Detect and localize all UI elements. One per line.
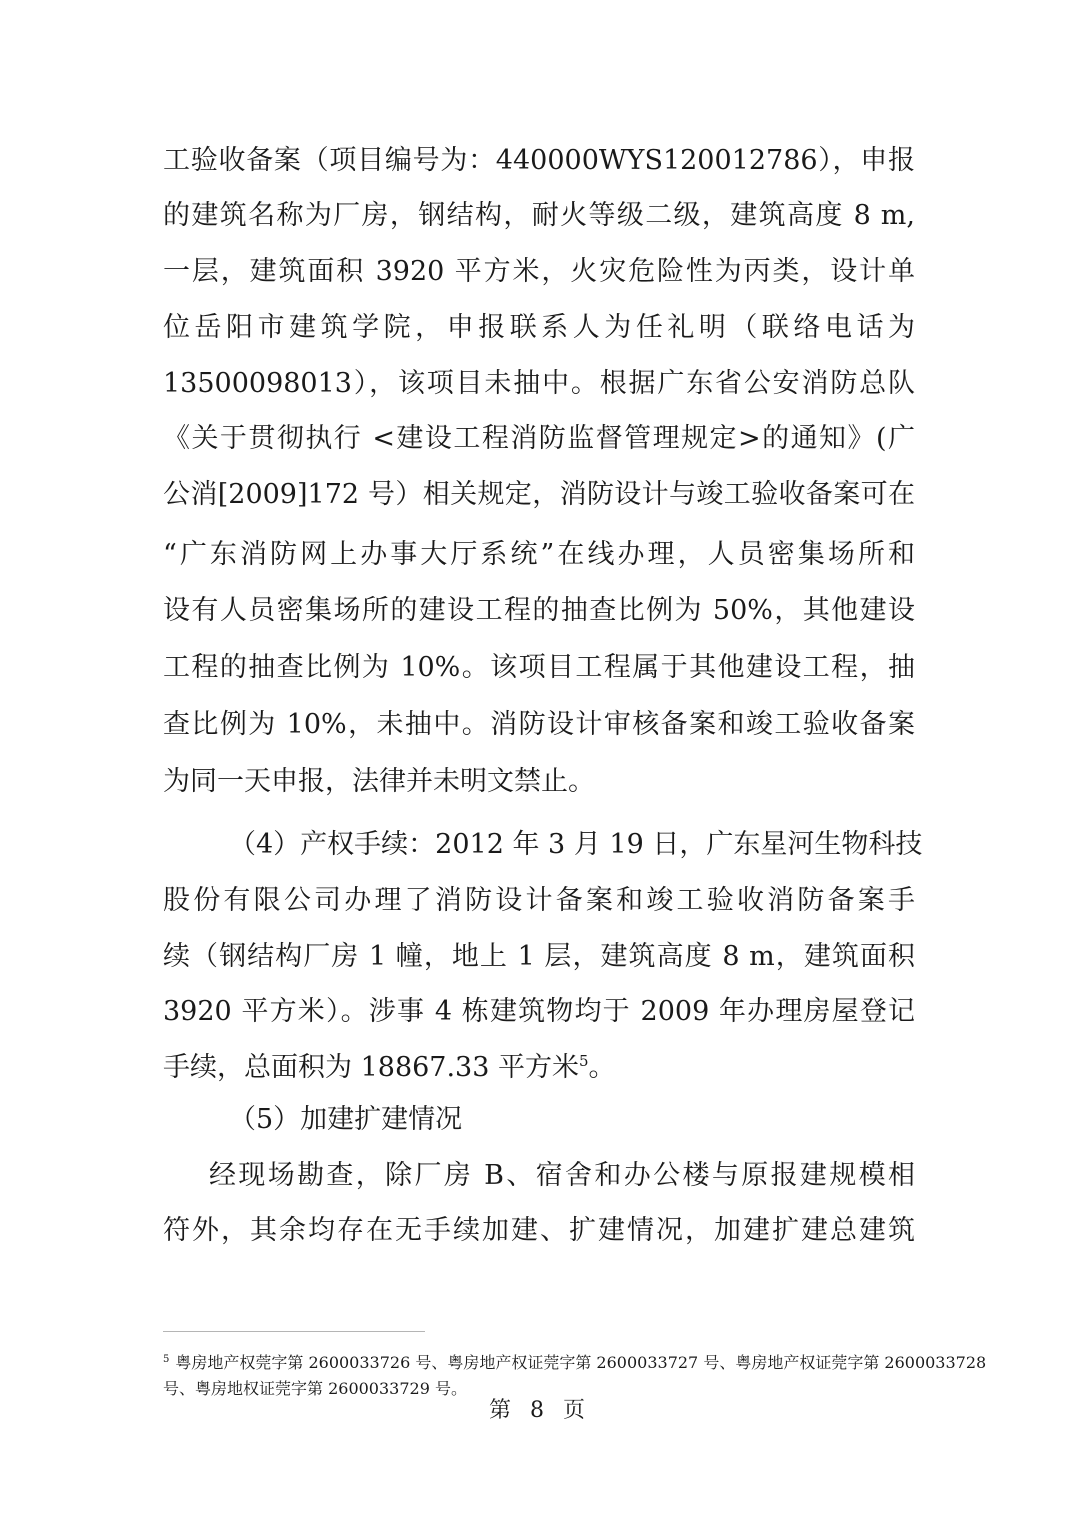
text-line: 查比例为 10%，未抽中。消防设计审核备案和竣工验收备案 — [163, 707, 915, 743]
footnote-text: 粤房地产权莞字第 2600033726 号、粤房地产权证莞字第 26000337… — [175, 1353, 986, 1372]
text-line: 设有人员密集场所的建设工程的抽查比例为 50%，其他建设 — [163, 593, 915, 629]
text-line: 符外，其余均存在无手续加建、扩建情况，加建扩建总建筑 — [163, 1213, 915, 1249]
footnote-marker: 5 — [163, 1354, 169, 1365]
text-line: 为同一天申报，法律并未明文禁止。 — [163, 764, 915, 800]
text-line: 股份有限公司办理了消防设计备案和竣工验收消防备案手 — [163, 883, 915, 919]
footnote-reference[interactable]: 5 — [579, 1052, 589, 1070]
footnote-separator — [163, 1331, 425, 1332]
section-4-first-line: （4）产权手续：2012 年 3 月 19 日，广东星河生物科技 — [229, 827, 915, 863]
section-5-first-line: 经现场勘查，除厂房 B、宿舍和办公楼与原报建规模相 — [209, 1158, 915, 1194]
text-line: 工程的抽查比例为 10%。该项目工程属于其他建设工程，抽 — [163, 650, 915, 686]
text-line: 《关于贯彻执行 <建设工程消防监督管理规定>的通知》(广 — [163, 421, 915, 457]
text-line: 13500098013），该项目未抽中。根据广东省公安消防总队 — [163, 366, 915, 402]
text-line: 位岳阳市建筑学院，申报联系人为任礼明（联络电话为 — [163, 310, 915, 346]
footnote-line: 5粤房地产权莞字第 2600033726 号、粤房地产权证莞字第 2600033… — [163, 1352, 915, 1374]
section-5-heading: （5）加建扩建情况 — [229, 1102, 915, 1138]
text-run: 手续，总面积为 18867.33 平方米 — [163, 1052, 579, 1083]
document-page: 工验收备案（项目编号为：440000WYS120012786），申报 的建筑名称… — [0, 0, 1080, 1528]
text-line: 一层，建筑面积 3920 平方米，火灾危险性为丙类，设计单 — [163, 254, 915, 290]
text-line: “广东消防网上办事大厅系统”在线办理，人员密集场所和 — [163, 537, 915, 573]
text-line-with-footnote: 手续，总面积为 18867.33 平方米5。 — [163, 1050, 915, 1086]
text-line: 续（钢结构厂房 1 幢，地上 1 层，建筑高度 8 m，建筑面积 — [163, 939, 915, 975]
text-line: 3920 平方米）。涉事 4 栋建筑物均于 2009 年办理房屋登记 — [163, 994, 915, 1030]
text-line: 的建筑名称为厂房，钢结构，耐火等级二级，建筑高度 8 m, — [163, 198, 915, 234]
page-number: 第 8 页 — [0, 1397, 1080, 1425]
text-run: 。 — [589, 1052, 616, 1083]
text-line: 工验收备案（项目编号为：440000WYS120012786），申报 — [163, 143, 915, 179]
text-line: 公消[2009]172 号）相关规定，消防设计与竣工验收备案可在 — [163, 477, 915, 513]
